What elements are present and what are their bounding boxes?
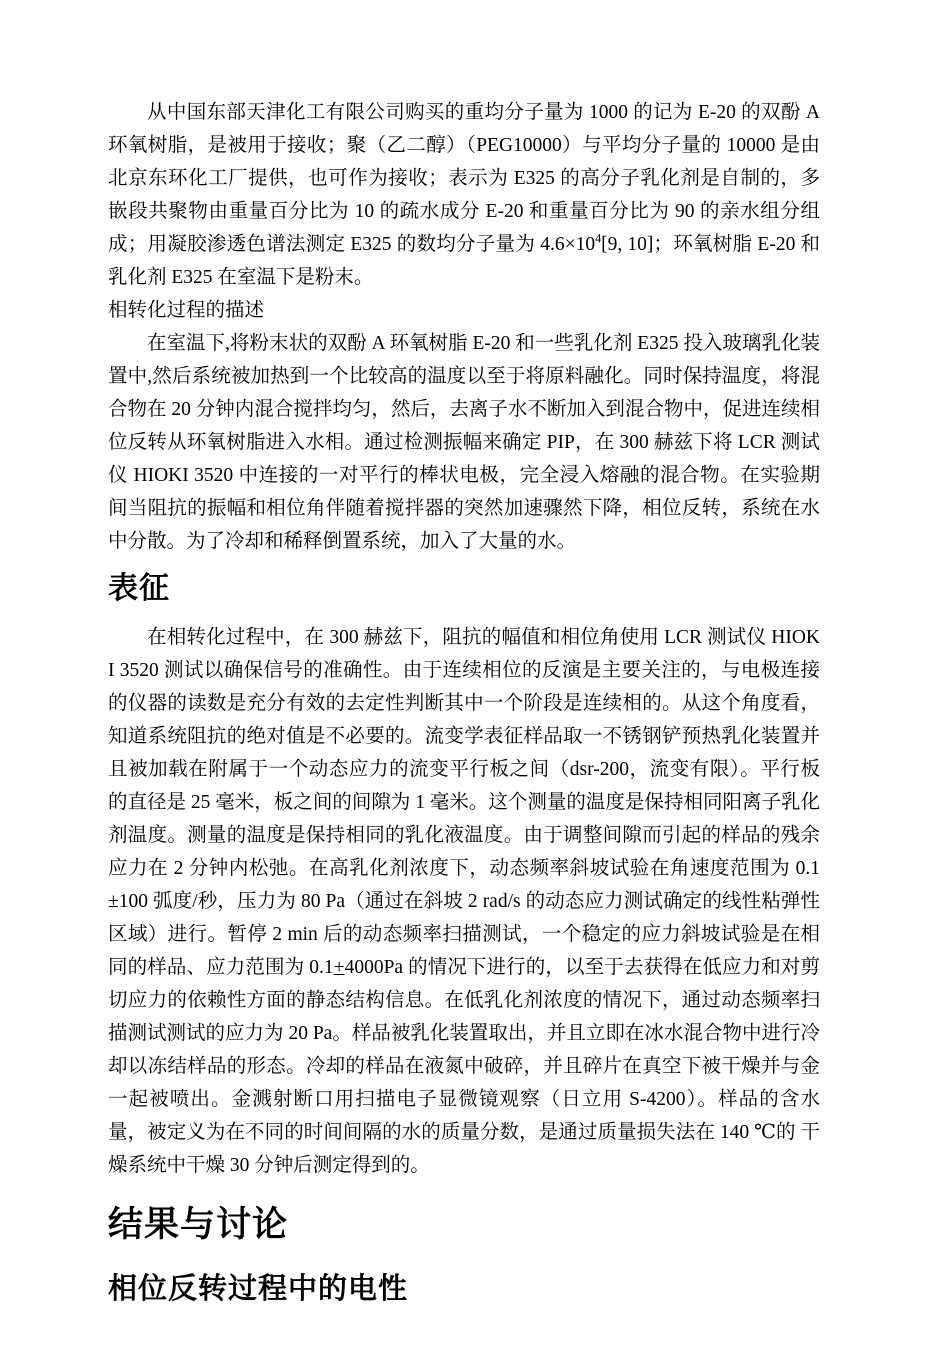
heading-results-discussion: 结果与讨论	[108, 1206, 820, 1245]
heading-electrical-properties-during-phase-inversion: 相位反转过程中的电性	[108, 1274, 820, 1306]
paragraph-characterization-text: 在相转化过程中，在 300 赫兹下，阻抗的幅值和相位角使用 LCR 测试仪 HI…	[108, 627, 820, 978]
paragraph-materials: 从中国东部天津化工有限公司购买的重均分子量为 1000 的记为 E-20 的双酚…	[108, 96, 820, 294]
subheading-phase-inversion-description: 相转化过程的描述	[108, 294, 820, 327]
document-page: 从中国东部天津化工有限公司购买的重均分子量为 1000 的记为 E-20 的双酚…	[0, 0, 926, 1366]
paragraph-characterization-text-cont: 4000Pa 的情况下进行的，以至于去获得在低应力和对剪切应力的依赖性方面的静态…	[108, 957, 820, 1176]
underlined-plus-sign: +	[334, 957, 345, 978]
paragraph-phase-inversion-process: 在室温下,将粉末状的双酚 A 环氧树脂 E-20 和一些乳化剂 E325 投入玻…	[108, 327, 820, 558]
paragraph-materials-text: 从中国东部天津化工有限公司购买的重均分子量为 1000 的记为 E-20 的双酚…	[108, 102, 820, 255]
heading-characterization: 表征	[108, 572, 820, 607]
paragraph-characterization: 在相转化过程中，在 300 赫兹下，阻抗的幅值和相位角使用 LCR 测试仪 HI…	[108, 621, 820, 1182]
